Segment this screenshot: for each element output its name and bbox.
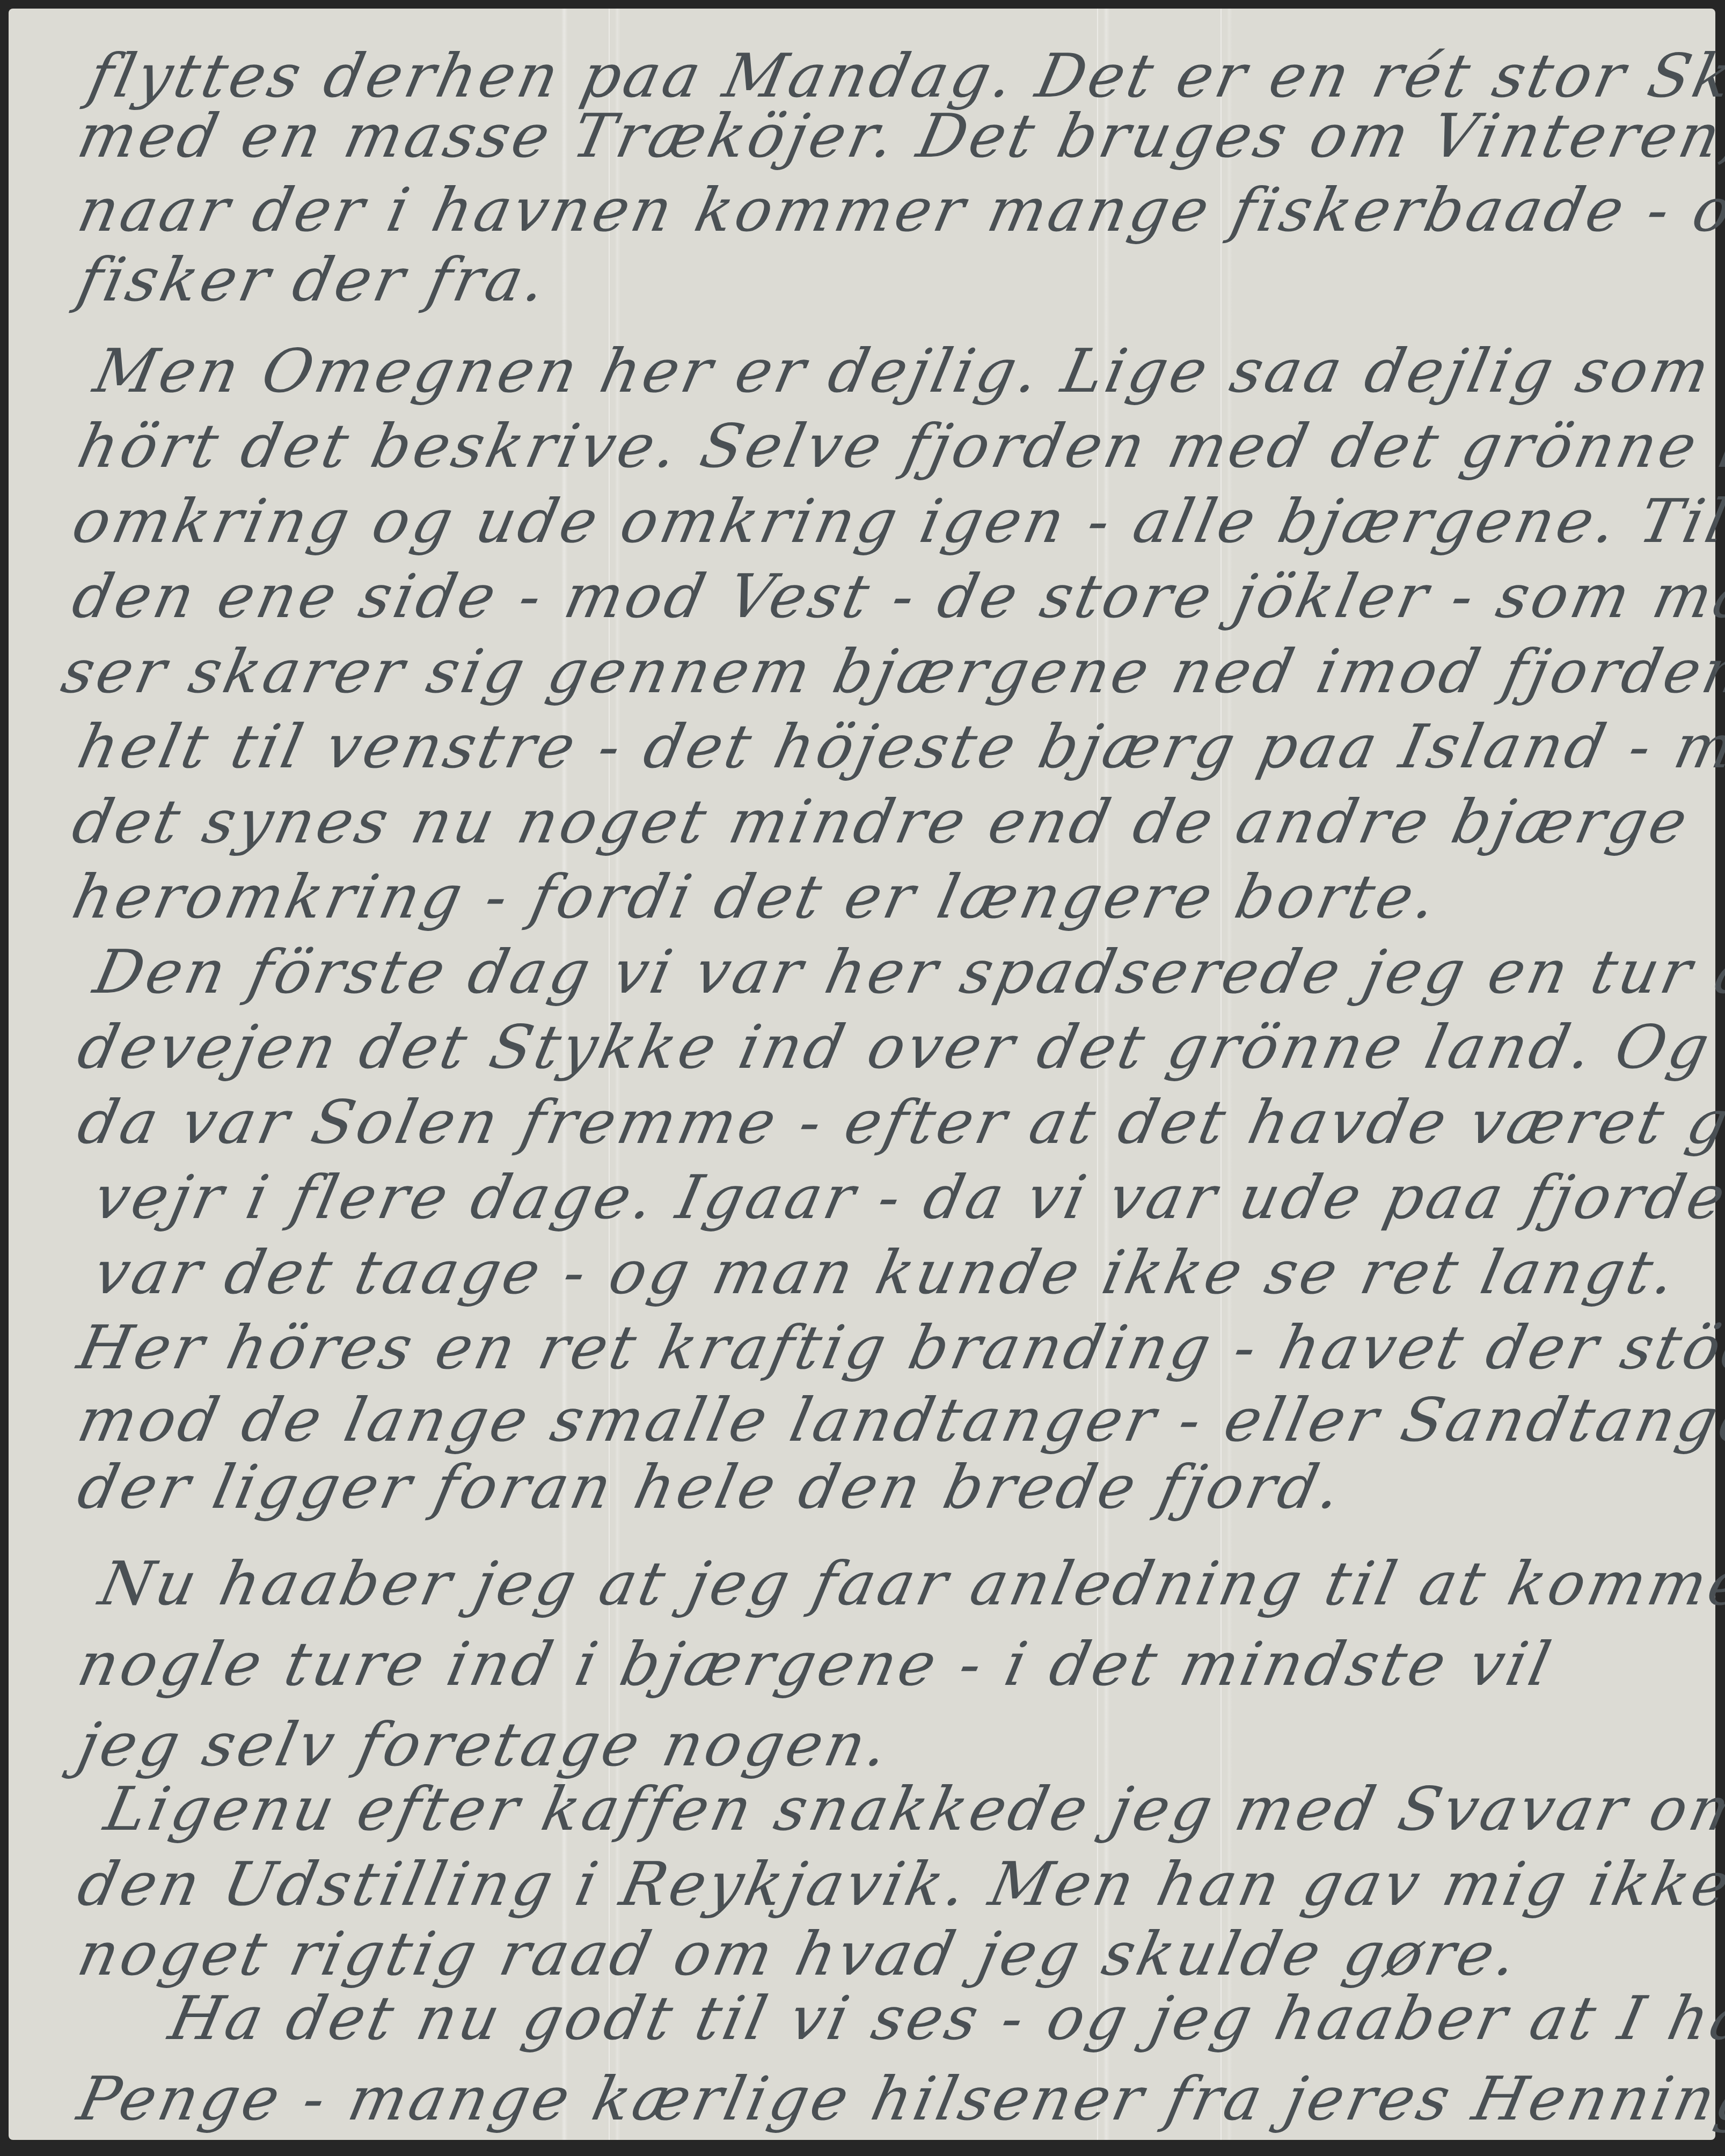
text-line: vejr i flere dage. Igaar - da vi var ude… (89, 1168, 1725, 1228)
text-line: Ha det nu godt til vi ses - og jeg haabe… (164, 1989, 1725, 2049)
text-line: flyttes derhen paa Mandag. Det er en rét… (84, 46, 1725, 106)
text-line: Her höres en ret kraftig branding - have… (73, 1318, 1725, 1378)
text-line: da var Solen fremme - efter at det havde… (73, 1092, 1725, 1153)
text-line: der ligger foran hele den brede fjord. (73, 1457, 1349, 1517)
text-line: nogle ture ind i bjærgene - i det mindst… (73, 1634, 1559, 1695)
text-line: Penge - mange kærlige hilsener fra jeres… (73, 2069, 1725, 2129)
text-line: jeg selv foretage nogen. (73, 1715, 896, 1775)
text-line: hört det beskrive. Selve fjorden med det… (73, 416, 1725, 476)
text-line: fisker der fra. (73, 250, 554, 310)
text-line: den Udstilling i Reykjavik. Men han gav … (73, 1854, 1725, 1915)
text-line: Den förste dag vi var her spadserede jeg… (89, 942, 1725, 1002)
text-line: Ligenu efter kaffen snakkede jeg med Sva… (100, 1779, 1725, 1839)
text-line: omkring og ude omkring igen - alle bjærg… (68, 492, 1725, 552)
text-line: med en masse Træköjer. Det bruges om Vin… (73, 106, 1725, 166)
text-line: heromkring - fordi det er længere borte. (68, 867, 1444, 927)
text-line: ser skarer sig gennem bjærgene ned imod … (57, 642, 1725, 702)
text-line: det synes nu noget mindre end de andre b… (68, 792, 1695, 852)
text-line: Men Omegnen her er dejlig. Lige saa dejl… (89, 341, 1725, 401)
text-line: var det taage - og man kunde ikke se ret… (89, 1243, 1684, 1303)
text-line: den ene side - mod Vest - de store jökle… (68, 567, 1725, 627)
text-line: helt til venstre - det höjeste bjærg paa… (73, 717, 1725, 777)
text-line: mod de lange smalle landtanger - eller S… (73, 1390, 1725, 1450)
text-line: naar der i havnen kommer mange fiskerbaa… (73, 180, 1725, 240)
text-line: devejen det Stykke ind over det grönne l… (73, 1017, 1717, 1077)
letter-page: flyttes derhen paa Mandag. Det er en rét… (9, 9, 1715, 2140)
text-line: noget rigtig raad om hvad jeg skulde gør… (73, 1924, 1525, 1984)
text-line: Nu haaber jeg at jeg faar anledning til … (94, 1554, 1725, 1614)
